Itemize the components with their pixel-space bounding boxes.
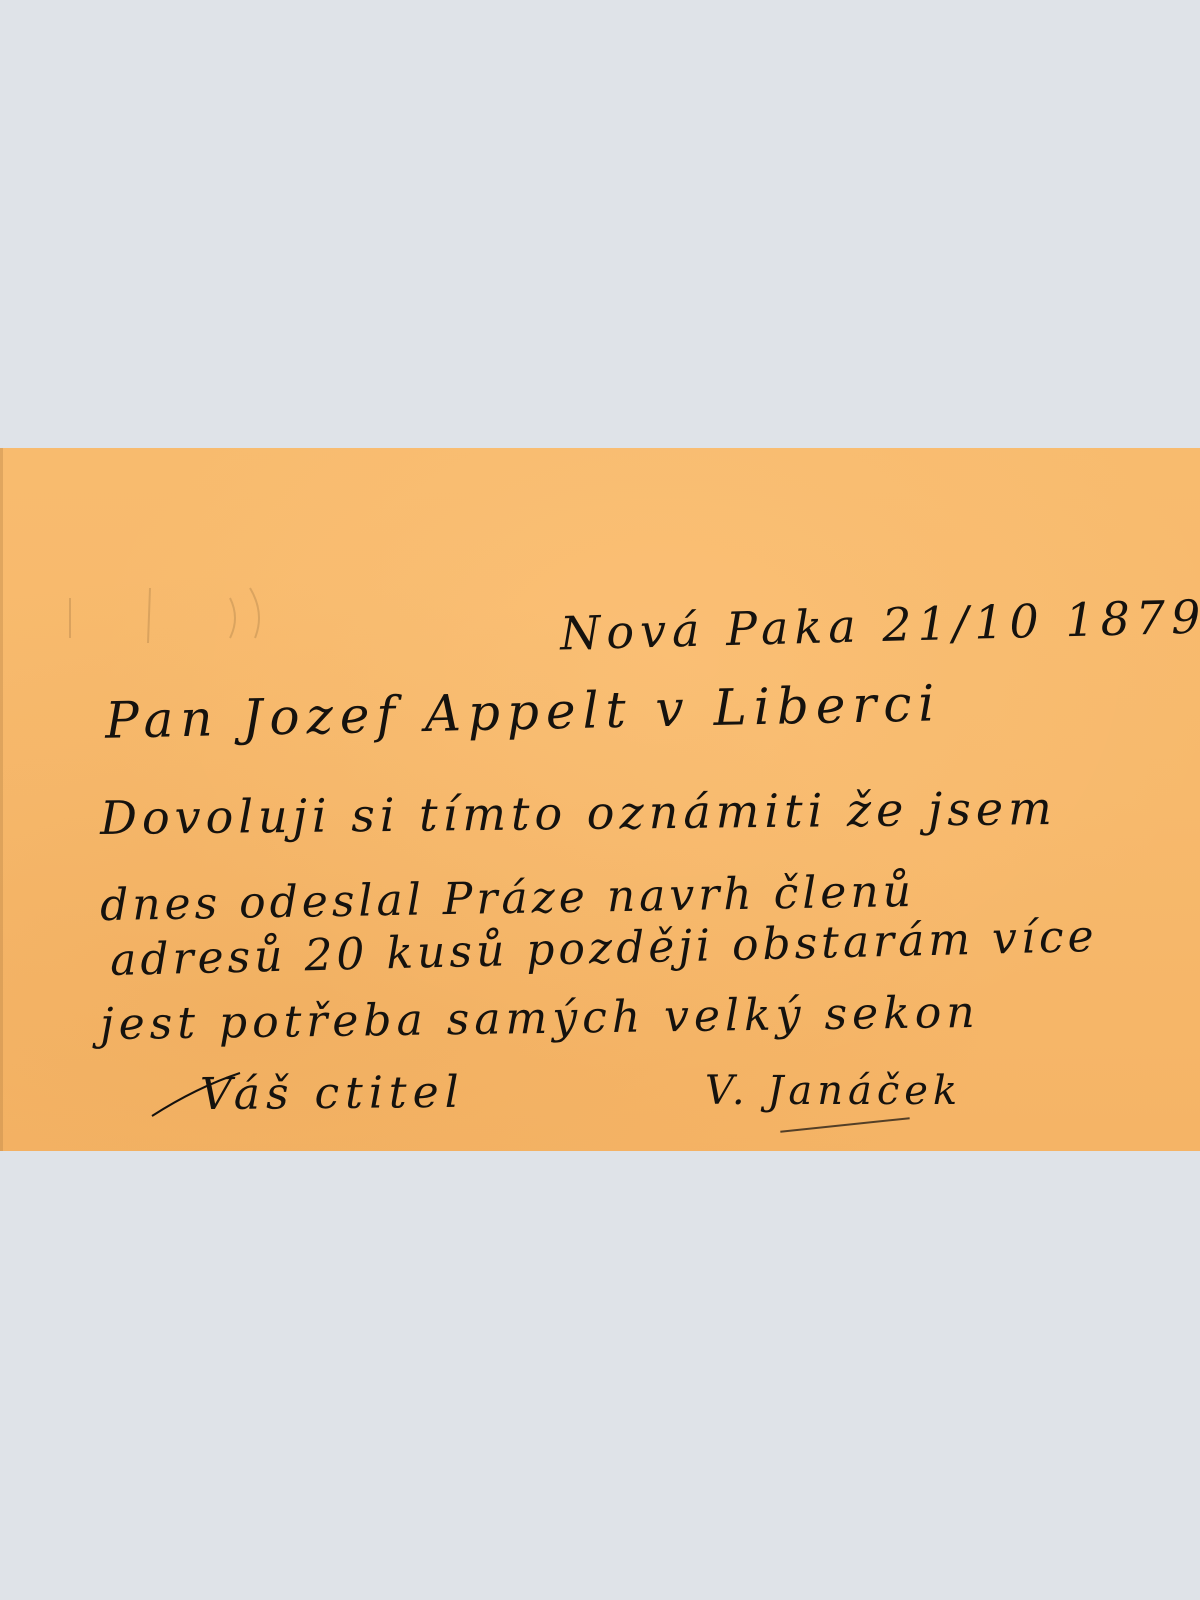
signature: V. Janáček [705, 1068, 962, 1114]
image-viewer: Nová Paka 21/10 1879 Pan Jozef Appelt v … [0, 0, 1200, 1600]
place-date-line: Nová Paka 21/10 1879 [559, 590, 1200, 661]
body-line-4: jest potřeba samých velký sekon [100, 987, 980, 1050]
signature-underline [780, 1117, 909, 1133]
closing-line: Váš ctitel [200, 1067, 465, 1120]
faded-postmark-icon [30, 558, 290, 648]
body-line-1: Dovoluji si tímto oznámiti že jsem [100, 781, 1057, 845]
handwritten-postcard: Nová Paka 21/10 1879 Pan Jozef Appelt v … [0, 448, 1200, 1151]
recipient-line: Pan Jozef Appelt v Liberci [104, 674, 941, 750]
